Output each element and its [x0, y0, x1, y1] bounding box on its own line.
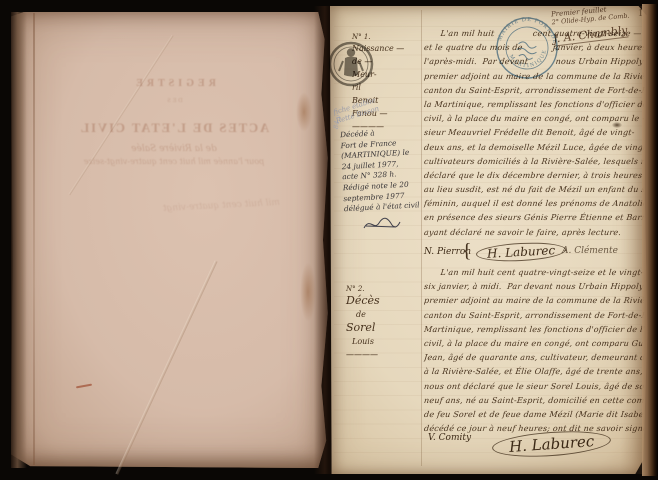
margin-line: Louis: [346, 335, 380, 348]
margin-line: de: [346, 308, 380, 321]
act-text-line: ayant déclaré ne savoir le faire, après …: [423, 226, 644, 240]
act1-birth-record-text: L'an mil huit cent quatre-vingt-seize —e…: [424, 27, 644, 240]
act-text-line: Jean, âgé de quarante ans, cultivateur, …: [423, 351, 644, 365]
act-text-line: premier adjoint au maire de la commune d…: [423, 294, 644, 308]
scanned-register-photo: REGISTRE DES ACTES DE L'ETAT CIVIL de la…: [0, 0, 658, 480]
act-text-line: canton du Saint-Esprit, arrondissement d…: [423, 84, 644, 98]
act-text-line: six janvier, à midi. Par devant nous Urb…: [423, 280, 644, 294]
margin-rule-line: [421, 10, 422, 466]
act2-death-record-text: L'an mil huit cent quatre-vingt-seize et…: [424, 266, 644, 436]
margin-act2: N° 2. Décès de Sorel Louis ————: [346, 284, 380, 361]
act-text-line: canton du Saint-Esprit, arrondissement d…: [423, 309, 644, 323]
act-text-line: la Martinique, remplissant les fonctions…: [423, 98, 644, 112]
margin-line: ril: [352, 81, 404, 94]
act-text-line: déclaré que le dix décembre dernier, à t…: [423, 169, 644, 183]
act1-number: N° 1.: [352, 32, 404, 42]
act-text-line: L'an mil huit cent quatre-vingt-seize et…: [423, 266, 644, 280]
margin-line: Naissance —: [352, 42, 404, 55]
bleed-title-registre: REGISTRE: [62, 78, 286, 89]
act-text-line: à la Rivière-Salée, et Élie Olaffe, âgé …: [423, 365, 644, 379]
act-text-line: féminin, auquel il est donné les prénoms…: [423, 197, 644, 211]
act2-lines: L'an mil huit cent quatre-vingt-seize et…: [424, 266, 644, 436]
act-text-line: l'après-midi. Par devant nous Urbain Hip…: [423, 55, 644, 69]
act1-signature-right: A. Clémente: [562, 246, 618, 256]
page-stack-edges: [642, 4, 658, 476]
death-note-lines: Décédé àFort de France(MARTINIQUE) le24 …: [340, 126, 430, 215]
act-text-line: civil, à la place du maire en congé, ont…: [423, 112, 644, 126]
margin-line: de —: [352, 55, 404, 68]
act-text-line: en présence des sieurs Génis Pierre Étie…: [423, 211, 644, 225]
act-text-line: nous ont déclaré que le sieur Sorel Loui…: [423, 380, 644, 394]
death-marginal-note-1977: Décédé àFort de France(MARTINIQUE) le24 …: [340, 126, 430, 215]
act-text-line: premier adjoint au maire de la commune d…: [423, 70, 644, 84]
bleed-title-actes: ACTES DE L'ETAT CIVIL: [62, 121, 286, 136]
act2-number: N° 2.: [346, 284, 380, 294]
bleed-title-des: DES: [62, 98, 286, 104]
margin-line: Meur-: [352, 68, 404, 81]
act-text-line: civil, à la place du maire en congé, ont…: [423, 337, 644, 351]
left-page-fold-crease: [33, 13, 35, 465]
death-note-signature-icon: [362, 215, 402, 233]
act-text-line: Martinique, remplissant les fonctions d'…: [423, 323, 644, 337]
bleed-handwriting: pour l'année mil huit cent quatre-vingt-…: [62, 157, 286, 166]
act-text-line: L'an mil huit cent quatre-vingt-seize —: [423, 27, 644, 41]
bleed-handwriting: de la Rivière Salée: [62, 144, 286, 154]
bleed-through-title: REGISTRE DES ACTES DE L'ETAT CIVIL de la…: [62, 78, 286, 166]
act1-lines: L'an mil huit cent quatre-vingt-seize —e…: [424, 27, 644, 240]
act-text-line: de feu Sorel et de feue dame Mézil (Mari…: [423, 408, 644, 422]
act-text-line: sieur Meauvriel Frédelle dit Benoit, âgé…: [423, 126, 644, 140]
paper-stain: [296, 92, 312, 132]
margin-line: Décès: [346, 294, 380, 308]
margin-line: Sorel: [346, 321, 380, 335]
act-text-line: cultivateurs domiciliés à la Rivière-Sal…: [423, 155, 644, 169]
signature-brace: {: [462, 240, 472, 263]
act-text-line: au lieu susdit, est né du fait de Mézil …: [423, 183, 644, 197]
act-text-line: deux ans, et la demoiselle Mézil Luce, â…: [423, 141, 644, 155]
margin-line: ————: [346, 348, 380, 361]
book-cover-edge: [11, 12, 27, 468]
act-text-line: et le quatre du mois de janvier, à deux …: [423, 41, 644, 55]
act-text-line: neuf ans, né au Saint-Esprit, domicilié …: [423, 394, 644, 408]
act2-signature-witness: V. Comity: [428, 433, 471, 443]
